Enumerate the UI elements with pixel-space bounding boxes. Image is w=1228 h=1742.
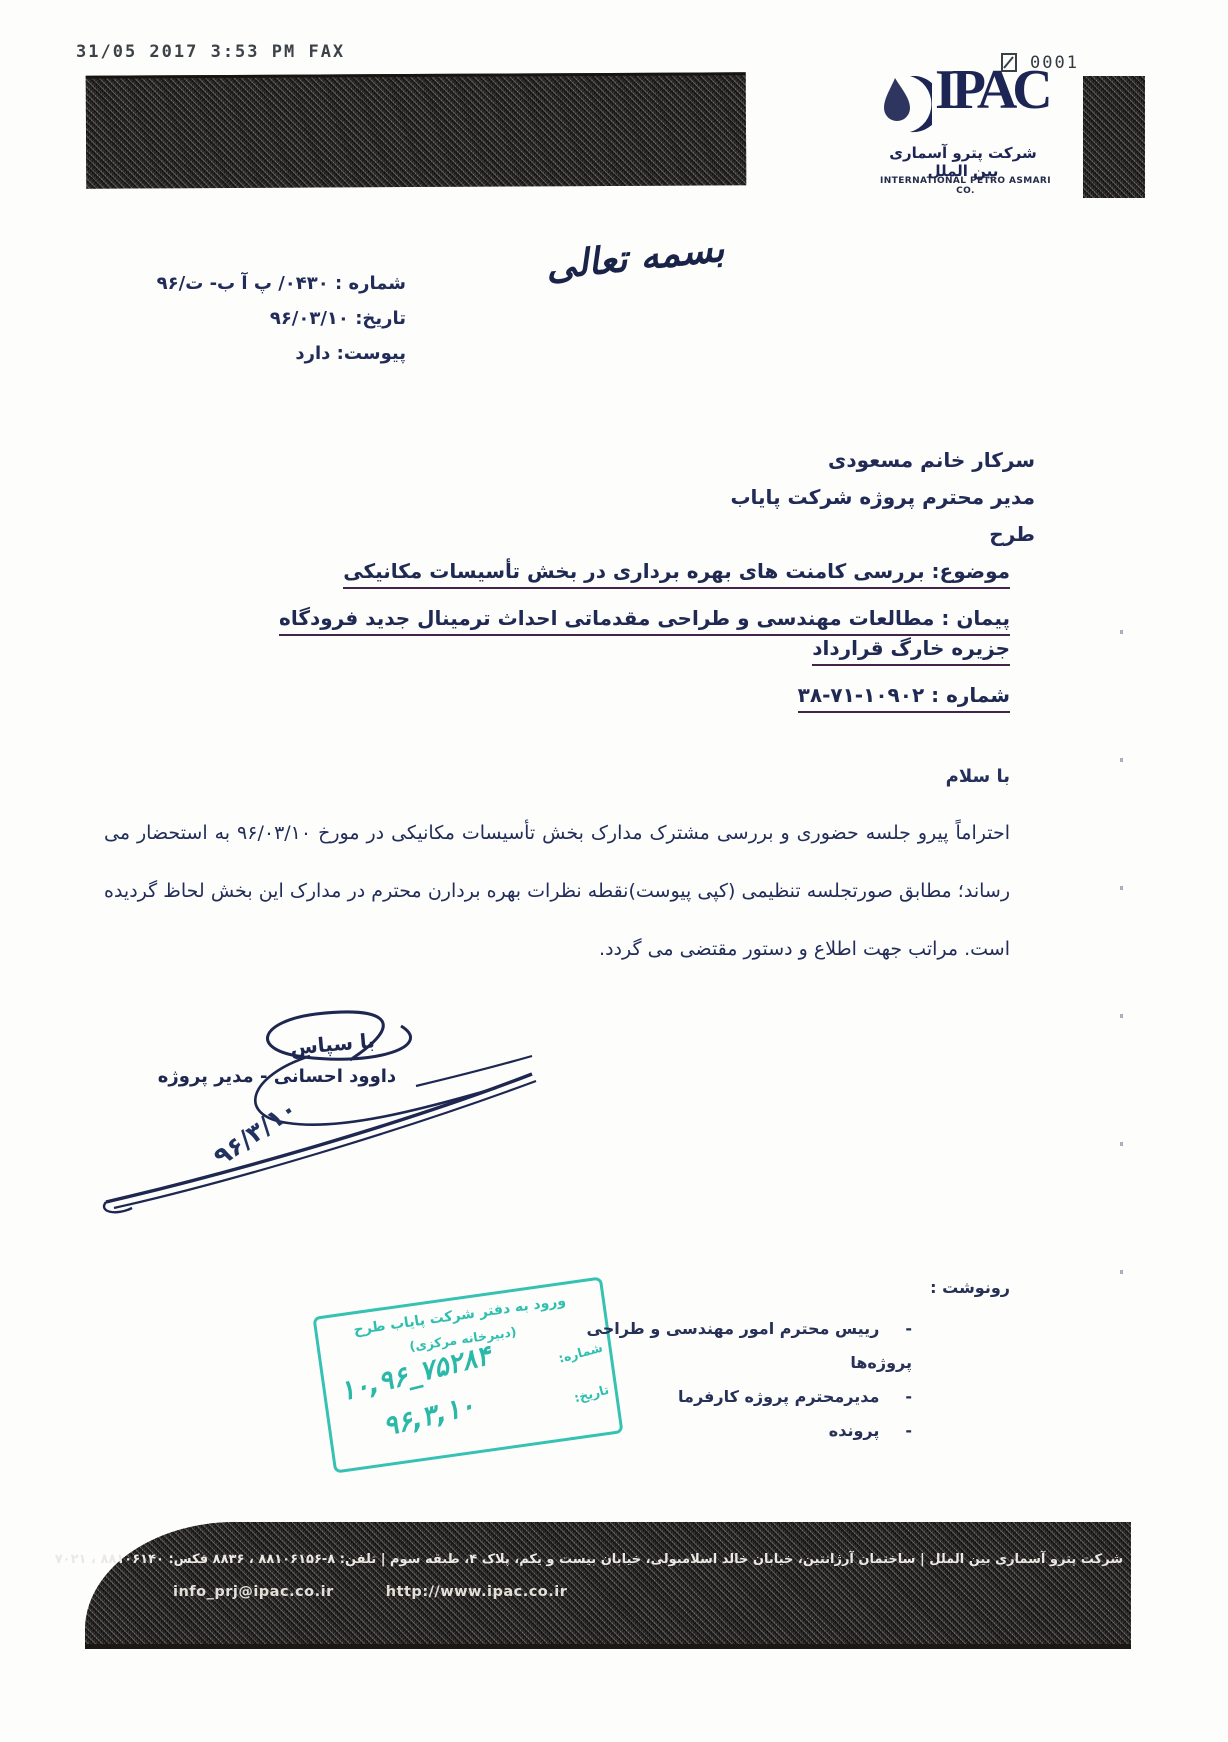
footer-contact-band: شرکت پترو آسماری بین الملل | ساختمان آرژ… [85,1522,1131,1649]
scanned-fax-letter: 31/05 2017 3:53 PM FAX 0001 IPAC شرکت پت… [0,0,1228,1742]
body-line: رساند؛ مطابق صورتجلسه تنظیمی (کپی پیوست)… [104,876,1010,906]
signatory-name-title: داوود احسانی - مدیر پروژه [152,1066,402,1087]
footer-email: info_prj@ipac.co.ir [173,1584,334,1600]
reference-block: شماره : ۰۴۳۰/ پ آ ب- ت/۹۶ تاریخ: ۹۶/۰۳/۱… [128,266,406,371]
subject-line: موضوع: بررسی کامنت های بهره برداری در بخ… [218,556,1010,586]
cc-bullet: - [905,1414,912,1448]
body-line: احتراماً پیرو جلسه حضوری و بررسی مشترک م… [104,818,1010,848]
cc-list: -رییس محترم امور مهندسی و طراحی پروژه‌ها… [560,1312,912,1448]
subject-block: موضوع: بررسی کامنت های بهره برداری در بخ… [218,556,1010,727]
footer-address: شرکت پترو آسماری بین الملل | ساختمان آرژ… [140,1552,1123,1567]
addressee-name: سرکار خانم مسعودی [690,442,1035,479]
cc-label: رونوشت : [820,1278,1010,1297]
footer-website: http://www.ipac.co.ir [386,1584,568,1600]
bismillah-calligraphy: بسمه تعالی [538,226,731,289]
reference-date: تاریخ: ۹۶/۰۳/۱۰ [128,301,406,336]
contract-line: پیمان : مطالعات مهندسی و طراحی مقدماتی ا… [218,603,1010,663]
letter-body: احتراماً پیرو جلسه حضوری و بررسی مشترک م… [104,818,1010,992]
reference-attachment: پیوست: دارد [128,336,406,371]
scan-margin-artifacts [1120,630,1123,1320]
salutation: با سلام [880,766,1010,787]
cc-item: -مدیرمحترم پروژه کارفرما [560,1380,912,1414]
logo-persian-name: شرکت پترو آسماری بین الملل [878,144,1048,180]
cc-bullet: - [905,1380,912,1414]
cc-bullet: - [905,1312,912,1346]
logo-english-name: INTERNATIONAL PETRO ASMARI CO. [878,176,1053,196]
cc-item: -پرونده [560,1414,912,1448]
logo-acronym: IPAC [935,62,1048,118]
body-line: است. مراتب جهت اطلاع و دستور مقتضی می گر… [104,934,1010,964]
stamp-date-value: ۹۶,۳,۱۰ [380,1390,478,1443]
contract-number-line: شماره : ۱۰۹۰۲-۷۱-۳۸ [218,680,1010,710]
reference-number: شماره : ۰۴۳۰/ پ آ ب- ت/۹۶ [128,266,406,301]
redacted-header-band [86,72,747,188]
footer-links: info_prj@ipac.co.ir http://www.ipac.co.i… [173,1584,567,1600]
oil-drop-icon [880,74,932,134]
addressee-block: سرکار خانم مسعودی مدیر محترم پروژه شرکت … [690,442,1035,553]
fax-timestamp: 31/05 2017 3:53 PM FAX [76,42,345,62]
addressee-title: مدیر محترم پروژه شرکت پایاب طرح [690,479,1035,553]
scan-noise-bar [1083,76,1145,198]
cc-item: -رییس محترم امور مهندسی و طراحی پروژه‌ها [560,1312,912,1380]
